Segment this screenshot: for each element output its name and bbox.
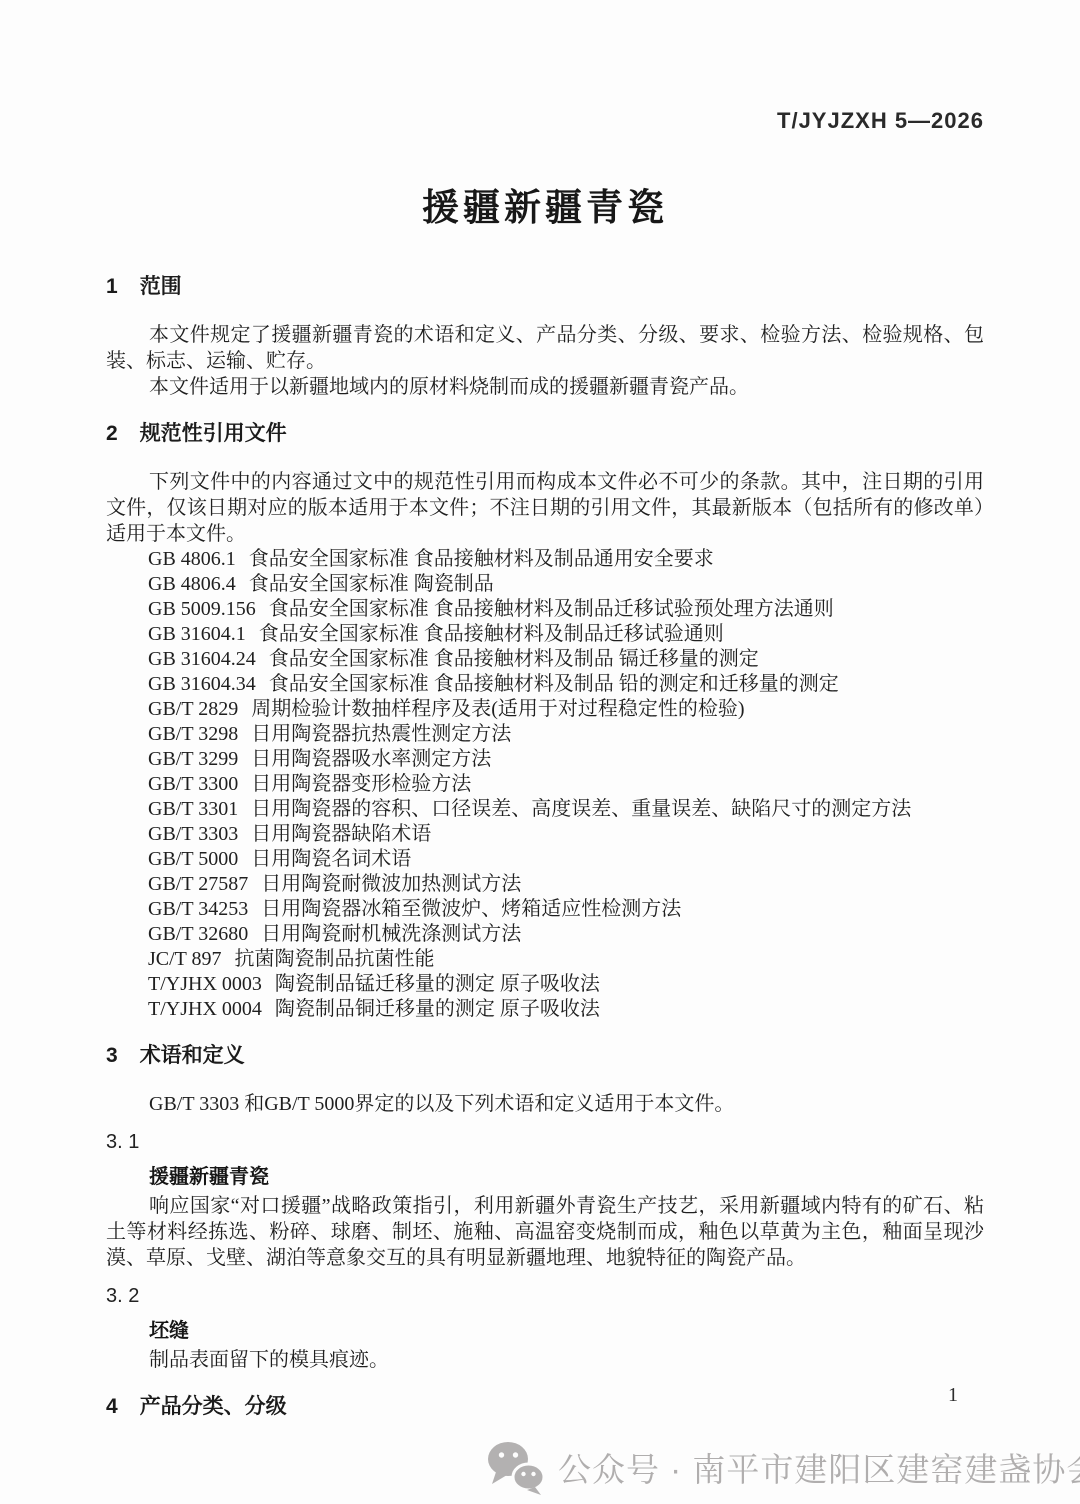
reference-title: 日用陶瓷名词术语: [251, 848, 411, 870]
reference-code: GB/T 34253: [148, 898, 248, 920]
reference-code: T/YJHX 0003: [148, 973, 262, 995]
reference-item: GB/T 32680日用陶瓷耐机械洗涤测试方法: [106, 922, 984, 947]
reference-item: GB/T 3301日用陶瓷器的容积、口径误差、高度误差、重量误差、缺陷尺寸的测定…: [106, 797, 984, 822]
reference-title: 陶瓷制品铜迁移量的测定 原子吸收法: [275, 998, 600, 1020]
section-3-intro: GB/T 3303 和GB/T 5000界定的以及下列术语和定义适用于本文件。: [106, 1091, 984, 1117]
reference-title: 日用陶瓷器抗热震性测定方法: [251, 723, 511, 745]
reference-code: GB/T 3301: [148, 798, 238, 820]
reference-item: T/YJHX 0004陶瓷制品铜迁移量的测定 原子吸收法: [106, 997, 984, 1022]
section-3-number: 3: [106, 1043, 118, 1069]
reference-item: GB/T 2829周期检验计数抽样程序及表(适用于对过程稳定性的检验): [106, 697, 984, 722]
term-name: 援疆新疆青瓷: [149, 1165, 984, 1190]
reference-code: GB/T 2829: [148, 698, 238, 720]
reference-title: 日用陶瓷耐机械洗涤测试方法: [261, 923, 521, 945]
reference-item: GB/T 3298日用陶瓷器抗热震性测定方法: [106, 722, 984, 747]
reference-title: 日用陶瓷器变形检验方法: [251, 773, 471, 795]
reference-code: GB 31604.24: [148, 648, 256, 670]
reference-title: 食品安全国家标准 食品接触材料及制品通用安全要求: [249, 548, 714, 570]
reference-item: GB 31604.34食品安全国家标准 食品接触材料及制品 铅的测定和迁移量的测…: [106, 672, 984, 697]
reference-item: GB/T 3299日用陶瓷器吸水率测定方法: [106, 747, 984, 772]
reference-title: 食品安全国家标准 食品接触材料及制品 铅的测定和迁移量的测定: [269, 673, 839, 695]
reference-item: GB 4806.4食品安全国家标准 陶瓷制品: [106, 572, 984, 597]
section-2-heading-text: 规范性引用文件: [140, 422, 287, 445]
reference-code: GB/T 32680: [148, 923, 248, 945]
term-name: 坯缝: [149, 1319, 984, 1344]
footer-watermark: 公众号 · 南平市建阳区建窑建盏协会: [487, 1440, 1080, 1495]
section-2-heading: 2规范性引用文件: [106, 421, 984, 447]
reference-code: JC/T 897: [148, 948, 222, 970]
page-number: 1: [948, 1384, 958, 1407]
term-number: 3. 2: [106, 1284, 984, 1308]
standard-code: T/JYJZXH 5—2026: [106, 110, 984, 132]
watermark-text: 公众号 · 南平市建阳区建窑建盏协会: [558, 1444, 1080, 1491]
reference-item: GB 4806.1食品安全国家标准 食品接触材料及制品通用安全要求: [106, 547, 984, 572]
reference-title: 周期检验计数抽样程序及表(适用于对过程稳定性的检验): [251, 698, 744, 720]
terms-list: 3. 1 援疆新疆青瓷 响应国家“对口援疆”战略政策指引，利用新疆外青瓷生产技艺…: [106, 1130, 984, 1373]
reference-code: GB/T 3299: [148, 748, 238, 770]
reference-title: 日用陶瓷耐微波加热测试方法: [261, 873, 521, 895]
section-3-heading: 3术语和定义: [106, 1043, 984, 1069]
section-1-heading: 1范围: [106, 274, 984, 300]
reference-title: 食品安全国家标准 陶瓷制品: [249, 573, 494, 595]
reference-item: GB 31604.24食品安全国家标准 食品接触材料及制品 镉迁移量的测定: [106, 647, 984, 672]
reference-title: 食品安全国家标准 食品接触材料及制品 镉迁移量的测定: [269, 648, 759, 670]
reference-title: 日用陶瓷器的容积、口径误差、高度误差、重量误差、缺陷尺寸的测定方法: [251, 798, 911, 820]
reference-item: JC/T 897抗菌陶瓷制品抗菌性能: [106, 947, 984, 972]
section-4-heading: 4产品分类、分级: [106, 1394, 984, 1420]
section-3-heading-text: 术语和定义: [140, 1044, 245, 1067]
term-block: 3. 1 援疆新疆青瓷 响应国家“对口援疆”战略政策指引，利用新疆外青瓷生产技艺…: [106, 1130, 984, 1271]
reference-code: GB/T 3298: [148, 723, 238, 745]
reference-item: GB 31604.1食品安全国家标准 食品接触材料及制品迁移试验通则: [106, 622, 984, 647]
reference-title: 食品安全国家标准 食品接触材料及制品迁移试验预处理方法通则: [269, 598, 834, 620]
normative-reference-list: GB 4806.1食品安全国家标准 食品接触材料及制品通用安全要求 GB 480…: [106, 547, 984, 1022]
term-definition: 制品表面留下的模具痕迹。: [106, 1347, 984, 1373]
section-2-number: 2: [106, 421, 118, 447]
reference-title: 食品安全国家标准 食品接触材料及制品迁移试验通则: [259, 623, 724, 645]
reference-code: GB 4806.4: [148, 573, 236, 595]
document-title: 援疆新疆青瓷: [106, 186, 984, 230]
section-1-paragraph: 本文件规定了援疆新疆青瓷的术语和定义、产品分类、分级、要求、检验方法、检验规格、…: [106, 322, 984, 374]
reference-item: GB/T 5000日用陶瓷名词术语: [106, 847, 984, 872]
reference-title: 陶瓷制品锰迁移量的测定 原子吸收法: [275, 973, 600, 995]
reference-code: GB 5009.156: [148, 598, 256, 620]
section-2-intro: 下列文件中的内容通过文中的规范性引用而构成本文件必不可少的条款。其中，注日期的引…: [106, 469, 984, 547]
reference-title: 日用陶瓷器冰箱至微波炉、烤箱适应性检测方法: [261, 898, 681, 920]
term-definition: 响应国家“对口援疆”战略政策指引，利用新疆外青瓷生产技艺，采用新疆域内特有的矿石…: [106, 1193, 984, 1271]
reference-item: GB/T 3303日用陶瓷器缺陷术语: [106, 822, 984, 847]
document-content: T/JYJZXH 5—2026 援疆新疆青瓷 1范围 本文件规定了援疆新疆青瓷的…: [0, 0, 1080, 1420]
reference-item: GB/T 27587日用陶瓷耐微波加热测试方法: [106, 872, 984, 897]
reference-code: GB/T 3300: [148, 773, 238, 795]
reference-code: GB 31604.34: [148, 673, 256, 695]
reference-title: 日用陶瓷器吸水率测定方法: [251, 748, 491, 770]
reference-title: 抗菌陶瓷制品抗菌性能: [235, 948, 435, 970]
section-1-number: 1: [106, 274, 118, 300]
wechat-logo-icon: [487, 1440, 545, 1495]
section-1-paragraph: 本文件适用于以新疆地域内的原材料烧制而成的援疆新疆青瓷产品。: [106, 374, 984, 400]
term-block: 3. 2 坯缝 制品表面留下的模具痕迹。: [106, 1284, 984, 1373]
section-4-heading-text: 产品分类、分级: [140, 1395, 287, 1418]
section-1-heading-text: 范围: [140, 275, 182, 298]
reference-item: GB/T 34253日用陶瓷器冰箱至微波炉、烤箱适应性检测方法: [106, 897, 984, 922]
reference-item: T/YJHX 0003陶瓷制品锰迁移量的测定 原子吸收法: [106, 972, 984, 997]
reference-code: T/YJHX 0004: [148, 998, 262, 1020]
reference-code: GB 31604.1: [148, 623, 246, 645]
reference-item: GB/T 3300日用陶瓷器变形检验方法: [106, 772, 984, 797]
section-4-number: 4: [106, 1394, 118, 1420]
document-page: T/JYJZXH 5—2026 援疆新疆青瓷 1范围 本文件规定了援疆新疆青瓷的…: [0, 0, 1080, 1504]
reference-code: GB/T 5000: [148, 848, 238, 870]
reference-code: GB 4806.1: [148, 548, 236, 570]
reference-code: GB/T 3303: [148, 823, 238, 845]
reference-title: 日用陶瓷器缺陷术语: [251, 823, 431, 845]
reference-item: GB 5009.156食品安全国家标准 食品接触材料及制品迁移试验预处理方法通则: [106, 597, 984, 622]
term-number: 3. 1: [106, 1130, 984, 1154]
reference-code: GB/T 27587: [148, 873, 248, 895]
